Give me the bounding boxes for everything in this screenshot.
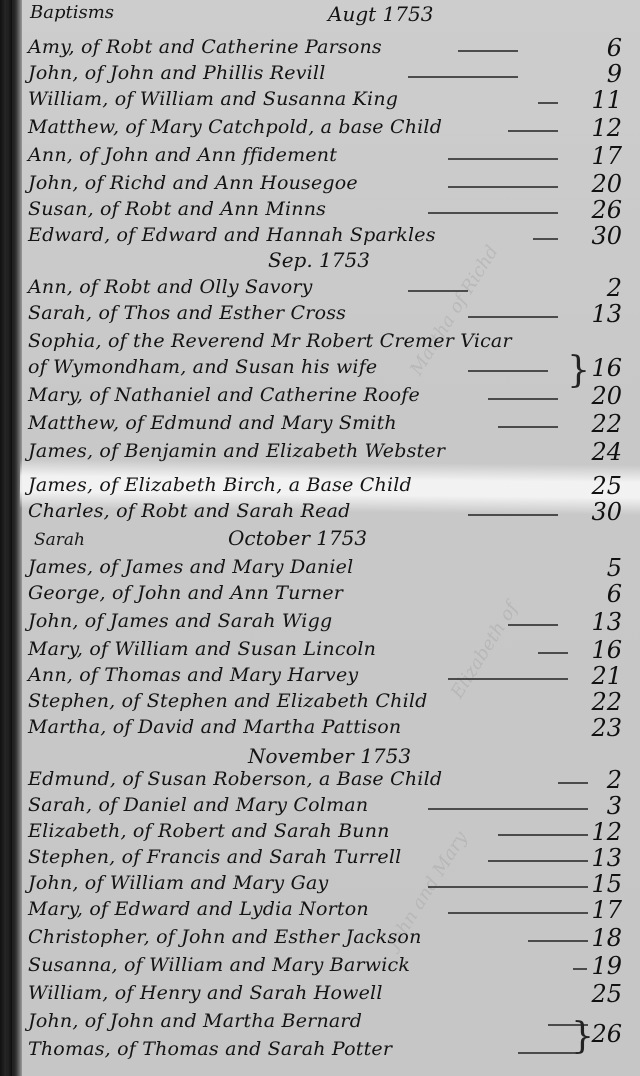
entry-day: 6 (607, 580, 622, 608)
entry-text: John, of John and Martha Bernard (28, 1010, 362, 1032)
leader-dash (428, 808, 588, 810)
baptism-entry: Martha, of David and Martha Pattison 23 (28, 716, 640, 746)
spine-rule (6, 0, 8, 1076)
entry-day: 30 (591, 222, 622, 250)
entry-text: John, of James and Sarah Wigg (28, 610, 332, 632)
baptism-entry: Thomas, of Thomas and Sarah Potter (28, 1038, 640, 1068)
entry-day: 20 (591, 382, 622, 410)
baptism-entry: Mary, of Edward and Lydia Norton 17 (28, 898, 640, 928)
entry-text: Stephen, of Stephen and Elizabeth Child (28, 690, 428, 712)
leader-dash (448, 678, 568, 680)
leader-dash (498, 834, 588, 836)
spine-rule (12, 0, 14, 1076)
entry-text: Sophia, of the Reverend Mr Robert Cremer… (28, 330, 512, 352)
baptism-entry: John, of James and Sarah Wigg 13 (28, 610, 640, 640)
entry-day: 22 (591, 688, 622, 716)
entry-text: Ann, of John and Ann ffidement (28, 144, 337, 166)
leader-dash (508, 130, 558, 132)
entry-day: 12 (591, 818, 622, 846)
baptism-entry: William, of William and Susanna King 11 (28, 88, 640, 118)
baptism-entry: Ann, of John and Ann ffidement 17 (28, 144, 640, 174)
entry-day: 18 (591, 924, 622, 952)
leader-dash (488, 398, 558, 400)
baptism-entry: John, of John and Martha Bernard } 26 (28, 1010, 640, 1040)
entry-text: Mary, of William and Susan Lincoln (28, 638, 376, 660)
entry-day: 13 (591, 844, 622, 872)
entry-day: 12 (591, 114, 622, 142)
entry-day: 9 (607, 60, 622, 88)
book-spine (0, 0, 22, 1076)
leader-dash (448, 912, 588, 914)
entry-day: 24 (591, 438, 622, 466)
margin-note: Sarah (34, 530, 85, 550)
leader-dash (468, 514, 558, 516)
entry-day: 13 (591, 608, 622, 636)
entry-text: Ann, of Robt and Olly Savory (28, 276, 313, 298)
baptism-entry: of Wymondham, and Susan his wife } 16 (28, 356, 640, 386)
entry-text: James, of Elizabeth Birch, a Base Child (28, 474, 412, 496)
leader-dash (428, 212, 558, 214)
leader-dash (468, 316, 558, 318)
entry-day: 17 (591, 142, 622, 170)
leader-dash (533, 238, 558, 240)
leader-dash (448, 158, 558, 160)
leader-dash (468, 370, 548, 372)
entry-text: Sarah, of Daniel and Mary Colman (28, 794, 368, 816)
entry-text: Charles, of Robt and Sarah Read (28, 500, 350, 522)
entry-day: 25 (591, 980, 622, 1008)
entry-day: 23 (591, 714, 622, 742)
register-page: Martha of Richd Elizabeth of John and Ma… (0, 0, 640, 1076)
entry-day: 26 (591, 196, 622, 224)
entry-text: Edmund, of Susan Roberson, a Base Child (28, 768, 442, 790)
entry-text: John, of John and Phillis Revill (28, 62, 326, 84)
entry-text: John, of William and Mary Gay (28, 872, 328, 894)
entry-day: 22 (591, 410, 622, 438)
entry-text: Sarah, of Thos and Esther Cross (28, 302, 346, 324)
baptism-entry: Mary, of Nathaniel and Catherine Roofe 2… (28, 384, 640, 414)
month-heading: November 1753 (248, 744, 411, 768)
entry-text: Susan, of Robt and Ann Minns (28, 198, 326, 220)
baptism-entry: Matthew, of Edmund and Mary Smith 22 (28, 412, 640, 442)
entry-day: 6 (607, 34, 622, 62)
baptism-entry: William, of Henry and Sarah Howell 25 (28, 982, 640, 1012)
entry-text: James, of Benjamin and Elizabeth Webster (28, 440, 445, 462)
entry-text: William, of William and Susanna King (28, 88, 398, 110)
leader-dash (428, 886, 588, 888)
leader-dash (508, 624, 558, 626)
month-heading: October 1753 (228, 526, 367, 550)
entry-text: John, of Richd and Ann Housegoe (28, 172, 358, 194)
leader-dash (538, 652, 568, 654)
leader-dash (558, 782, 588, 784)
entry-day: 11 (591, 86, 622, 114)
leader-dash (458, 50, 518, 52)
entry-text: George, of John and Ann Turner (28, 582, 343, 604)
entry-text: Matthew, of Mary Catchpold, a base Child (28, 116, 442, 138)
baptism-entry: Susanna, of William and Mary Barwick 19 (28, 954, 640, 984)
entry-text: Mary, of Nathaniel and Catherine Roofe (28, 384, 420, 406)
entry-day: 15 (591, 870, 622, 898)
entry-day: 16 (591, 636, 622, 664)
leader-dash (573, 968, 587, 970)
entry-text: Susanna, of William and Mary Barwick (28, 954, 410, 976)
baptism-entry: Matthew, of Mary Catchpold, a base Child… (28, 116, 640, 146)
entry-day: 20 (591, 170, 622, 198)
leader-dash (448, 186, 558, 188)
entry-text: Christopher, of John and Esther Jackson (28, 926, 422, 948)
baptism-entry: George, of John and Ann Turner 6 (28, 582, 640, 612)
entry-day: 2 (607, 766, 622, 794)
entry-day: 13 (591, 300, 622, 328)
leader-dash (498, 426, 558, 428)
entry-text: Edward, of Edward and Hannah Sparkles (28, 224, 436, 246)
leader-dash (408, 76, 518, 78)
entry-text: Stephen, of Francis and Sarah Turrell (28, 846, 401, 868)
baptism-entry: Sarah, of Thos and Esther Cross 13 (28, 302, 640, 332)
leader-dash (528, 940, 588, 942)
entry-day: 30 (591, 498, 622, 526)
entry-text: Mary, of Edward and Lydia Norton (28, 898, 369, 920)
entry-day: 17 (591, 896, 622, 924)
entry-day: 3 (607, 792, 622, 820)
entry-text: Amy, of Robt and Catherine Parsons (28, 36, 382, 58)
leader-dash (488, 860, 588, 862)
baptism-entry: Christopher, of John and Esther Jackson … (28, 926, 640, 956)
entry-text: Elizabeth, of Robert and Sarah Bunn (28, 820, 390, 842)
entry-day: 19 (591, 952, 622, 980)
entry-text: Matthew, of Edmund and Mary Smith (28, 412, 397, 434)
entry-text: Martha, of David and Martha Pattison (28, 716, 401, 738)
entry-text: Ann, of Thomas and Mary Harvey (28, 664, 358, 686)
entry-day: 21 (591, 662, 622, 690)
leader-dash (408, 290, 468, 292)
page-title: Baptisms (30, 2, 114, 23)
leader-dash (538, 102, 558, 104)
month-heading: Augt 1753 (328, 2, 433, 26)
leader-dash (518, 1052, 578, 1054)
entry-text: of Wymondham, and Susan his wife (28, 356, 377, 378)
month-heading: Sep. 1753 (268, 248, 370, 272)
baptism-entry: James, of Benjamin and Elizabeth Webster… (28, 440, 640, 470)
entry-day: 16 (591, 354, 622, 382)
entry-day: 2 (607, 274, 622, 302)
entry-text: William, of Henry and Sarah Howell (28, 982, 383, 1004)
entry-day: 5 (607, 554, 622, 582)
entry-text: Thomas, of Thomas and Sarah Potter (28, 1038, 392, 1060)
entry-text: James, of James and Mary Daniel (28, 556, 353, 578)
entry-day: 25 (591, 472, 622, 500)
